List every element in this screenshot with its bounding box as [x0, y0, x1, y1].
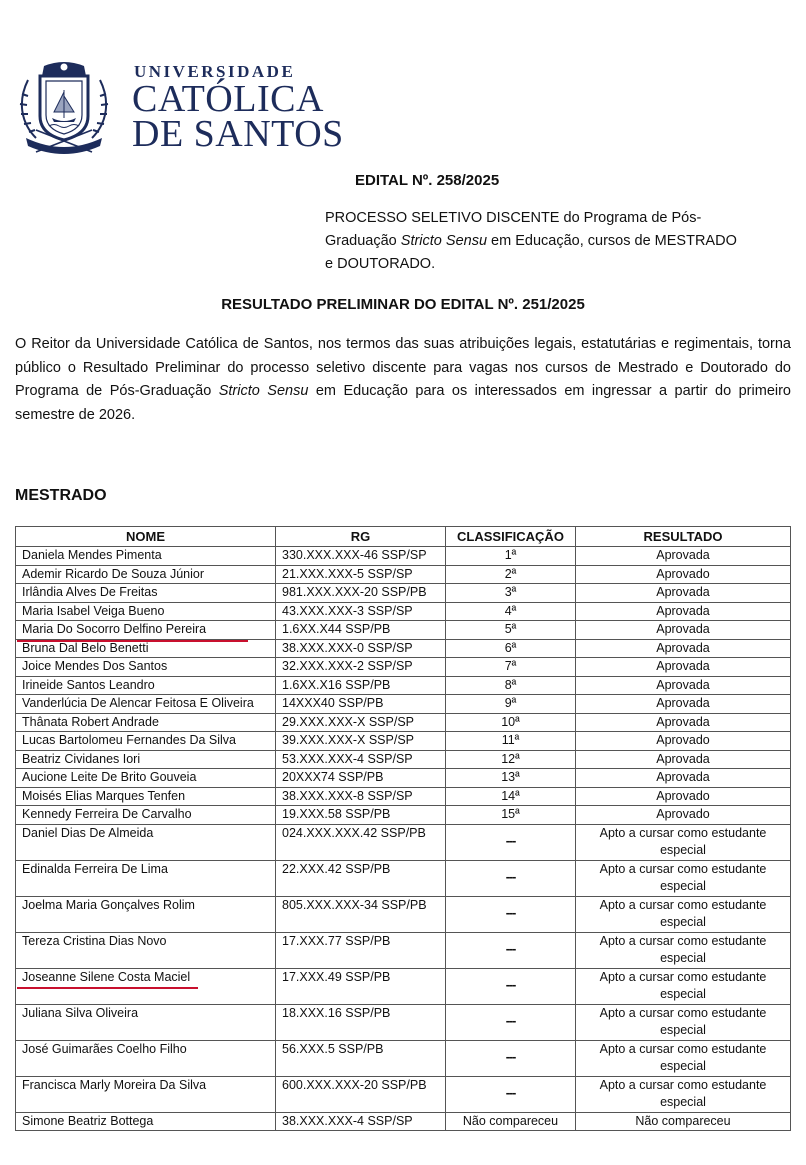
column-header-classificacao: CLASSIFICAÇÃO: [446, 527, 576, 547]
cell-rg: 53.XXX.XXX-4 SSP/SP: [276, 750, 446, 769]
cell-rg: 38.XXX.XXX-8 SSP/SP: [276, 787, 446, 806]
edital-title: EDITAL Nº. 258/2025: [355, 172, 499, 189]
cell-resultado: Aprovado: [576, 787, 791, 806]
table-row: Joice Mendes Dos Santos32.XXX.XXX-2 SSP/…: [16, 658, 791, 677]
table-row: Aucione Leite De Brito Gouveia20XXX74 SS…: [16, 769, 791, 788]
cell-resultado: Apto a cursar como estudante especial: [576, 1040, 791, 1076]
cell-nome: José Guimarães Coelho Filho: [16, 1040, 276, 1076]
cell-nome: Joseanne Silene Costa Maciel: [16, 968, 276, 1004]
table-row: Joseanne Silene Costa Maciel17.XXX.49 SS…: [16, 968, 791, 1004]
cell-rg: 22.XXX.42 SSP/PB: [276, 860, 446, 896]
cell-classificacao: 4ª: [446, 602, 576, 621]
cell-resultado: Aprovada: [576, 676, 791, 695]
section-title-mestrado: MESTRADO: [15, 487, 107, 505]
table-row: Joelma Maria Gonçalves Rolim805.XXX.XXX-…: [16, 896, 791, 932]
table-row: Daniel Dias De Almeida024.XXX.XXX.42 SSP…: [16, 824, 791, 860]
cell-nome: Aucione Leite De Brito Gouveia: [16, 769, 276, 788]
table-row: Edinalda Ferreira De Lima22.XXX.42 SSP/P…: [16, 860, 791, 896]
cell-resultado: Aprovada: [576, 584, 791, 603]
cell-classificacao: 1ª: [446, 547, 576, 566]
cell-rg: 21.XXX.XXX-5 SSP/SP: [276, 565, 446, 584]
table-row: Maria Isabel Veiga Bueno43.XXX.XXX-3 SSP…: [16, 602, 791, 621]
cell-rg: 38.XXX.XXX-4 SSP/SP: [276, 1112, 446, 1131]
results-table: NOME RG CLASSIFICAÇÃO RESULTADO Daniela …: [15, 526, 791, 1131]
cell-rg: 1.6XX.X16 SSP/PB: [276, 676, 446, 695]
cell-nome: Kennedy Ferreira De Carvalho: [16, 806, 276, 825]
cell-classificacao: 3ª: [446, 584, 576, 603]
cell-nome: Edinalda Ferreira De Lima: [16, 860, 276, 896]
edital-subtitle: PROCESSO SELETIVO DISCENTE do Programa d…: [325, 207, 745, 276]
cell-rg: 32.XXX.XXX-2 SSP/SP: [276, 658, 446, 677]
cell-classificacao: 6ª: [446, 639, 576, 658]
cell-resultado: Não compareceu: [576, 1112, 791, 1131]
cell-rg: 600.XXX.XXX-20 SSP/PB: [276, 1076, 446, 1112]
result-title: RESULTADO PRELIMINAR DO EDITAL Nº. 251/2…: [0, 296, 806, 313]
cell-nome: Irlândia Alves De Freitas: [16, 584, 276, 603]
highlighted-name: Joseanne Silene Costa Maciel: [22, 969, 190, 987]
cell-rg: 43.XXX.XXX-3 SSP/SP: [276, 602, 446, 621]
cell-nome: Joice Mendes Dos Santos: [16, 658, 276, 677]
cell-nome: Vanderlúcia De Alencar Feitosa E Oliveir…: [16, 695, 276, 714]
table-body: Daniela Mendes Pimenta330.XXX.XXX-46 SSP…: [16, 547, 791, 1131]
table-row: Irlândia Alves De Freitas981.XXX.XXX-20 …: [16, 584, 791, 603]
cell-classificacao: ---: [446, 1076, 576, 1112]
cell-nome: Simone Beatriz Bottega: [16, 1112, 276, 1131]
table-row: Francisca Marly Moreira Da Silva600.XXX.…: [16, 1076, 791, 1112]
cell-rg: 17.XXX.49 SSP/PB: [276, 968, 446, 1004]
cell-rg: 39.XXX.XXX-X SSP/SP: [276, 732, 446, 751]
highlighted-name: Maria Do Socorro Delfino Pereira: [22, 621, 206, 639]
cell-rg: 1.6XX.X44 SSP/PB: [276, 621, 446, 640]
cell-nome: Irineide Santos Leandro: [16, 676, 276, 695]
cell-rg: 20XXX74 SSP/PB: [276, 769, 446, 788]
cell-nome: Tereza Cristina Dias Novo: [16, 932, 276, 968]
column-header-resultado: RESULTADO: [576, 527, 791, 547]
column-header-nome: NOME: [16, 527, 276, 547]
cell-resultado: Apto a cursar como estudante especial: [576, 1004, 791, 1040]
table-row: Beatriz Cividanes Iori53.XXX.XXX-4 SSP/S…: [16, 750, 791, 769]
cell-nome: Beatriz Cividanes Iori: [16, 750, 276, 769]
cell-classificacao: 15ª: [446, 806, 576, 825]
table-row: Thânata Robert Andrade29.XXX.XXX-X SSP/S…: [16, 713, 791, 732]
table-row: Vanderlúcia De Alencar Feitosa E Oliveir…: [16, 695, 791, 714]
cell-classificacao: 14ª: [446, 787, 576, 806]
cell-classificacao: 13ª: [446, 769, 576, 788]
table-row: Maria Do Socorro Delfino Pereira1.6XX.X4…: [16, 621, 791, 640]
cell-resultado: Apto a cursar como estudante especial: [576, 968, 791, 1004]
cell-classificacao: ---: [446, 968, 576, 1004]
cell-rg: 330.XXX.XXX-46 SSP/SP: [276, 547, 446, 566]
cell-resultado: Apto a cursar como estudante especial: [576, 932, 791, 968]
cell-classificacao: 9ª: [446, 695, 576, 714]
cell-resultado: Apto a cursar como estudante especial: [576, 860, 791, 896]
cell-nome: Maria Isabel Veiga Bueno: [16, 602, 276, 621]
cell-classificacao: 7ª: [446, 658, 576, 677]
cell-nome: Joelma Maria Gonçalves Rolim: [16, 896, 276, 932]
cell-classificacao: 8ª: [446, 676, 576, 695]
cell-rg: 18.XXX.16 SSP/PB: [276, 1004, 446, 1040]
column-header-rg: RG: [276, 527, 446, 547]
cell-resultado: Aprovado: [576, 806, 791, 825]
cell-rg: 56.XXX.5 SSP/PB: [276, 1040, 446, 1076]
cell-nome: Daniel Dias De Almeida: [16, 824, 276, 860]
cell-nome: Maria Do Socorro Delfino Pereira: [16, 621, 276, 640]
cell-resultado: Aprovado: [576, 565, 791, 584]
cell-resultado: Aprovada: [576, 695, 791, 714]
table-row: Daniela Mendes Pimenta330.XXX.XXX-46 SSP…: [16, 547, 791, 566]
cell-resultado: Aprovado: [576, 732, 791, 751]
cell-rg: 805.XXX.XXX-34 SSP/PB: [276, 896, 446, 932]
subtitle-italic: Stricto Sensu: [401, 233, 487, 249]
cell-classificacao: 10ª: [446, 713, 576, 732]
cell-resultado: Apto a cursar como estudante especial: [576, 824, 791, 860]
cell-classificacao: ---: [446, 932, 576, 968]
cell-resultado: Apto a cursar como estudante especial: [576, 1076, 791, 1112]
cell-classificacao: 2ª: [446, 565, 576, 584]
cell-rg: 38.XXX.XXX-0 SSP/SP: [276, 639, 446, 658]
intro-italic: Stricto Sensu: [219, 383, 309, 399]
table-row: Tereza Cristina Dias Novo17.XXX.77 SSP/P…: [16, 932, 791, 968]
cell-nome: Moisés Elias Marques Tenfen: [16, 787, 276, 806]
logo-line-3: DE SANTOS: [132, 115, 344, 153]
university-logo: UNIVERSIDADE CATÓLICA DE SANTOS: [14, 60, 344, 155]
cell-rg: 14XXX40 SSP/PB: [276, 695, 446, 714]
cell-classificacao: ---: [446, 824, 576, 860]
cell-classificacao: ---: [446, 1040, 576, 1076]
table-row: Irineide Santos Leandro1.6XX.X16 SSP/PB8…: [16, 676, 791, 695]
cell-nome: Francisca Marly Moreira Da Silva: [16, 1076, 276, 1112]
cell-classificacao: ---: [446, 860, 576, 896]
cell-classificacao: ---: [446, 896, 576, 932]
cell-resultado: Aprovada: [576, 621, 791, 640]
cell-resultado: Aprovada: [576, 547, 791, 566]
table-row: Simone Beatriz Bottega38.XXX.XXX-4 SSP/S…: [16, 1112, 791, 1131]
table-header-row: NOME RG CLASSIFICAÇÃO RESULTADO: [16, 527, 791, 547]
cell-rg: 024.XXX.XXX.42 SSP/PB: [276, 824, 446, 860]
university-seal-icon: [14, 60, 114, 155]
cell-nome: Lucas Bartolomeu Fernandes Da Silva: [16, 732, 276, 751]
cell-resultado: Aprovada: [576, 769, 791, 788]
table-row: Kennedy Ferreira De Carvalho19.XXX.58 SS…: [16, 806, 791, 825]
cell-rg: 29.XXX.XXX-X SSP/SP: [276, 713, 446, 732]
cell-classificacao: Não compareceu: [446, 1112, 576, 1131]
cell-rg: 19.XXX.58 SSP/PB: [276, 806, 446, 825]
cell-nome: Daniela Mendes Pimenta: [16, 547, 276, 566]
table-row: José Guimarães Coelho Filho56.XXX.5 SSP/…: [16, 1040, 791, 1076]
cell-classificacao: 5ª: [446, 621, 576, 640]
cell-nome: Thânata Robert Andrade: [16, 713, 276, 732]
table-row: Moisés Elias Marques Tenfen38.XXX.XXX-8 …: [16, 787, 791, 806]
table-row: Ademir Ricardo De Souza Júnior21.XXX.XXX…: [16, 565, 791, 584]
cell-resultado: Aprovada: [576, 639, 791, 658]
cell-rg: 981.XXX.XXX-20 SSP/PB: [276, 584, 446, 603]
cell-rg: 17.XXX.77 SSP/PB: [276, 932, 446, 968]
intro-paragraph: O Reitor da Universidade Católica de San…: [15, 333, 791, 427]
cell-classificacao: 11ª: [446, 732, 576, 751]
cell-classificacao: 12ª: [446, 750, 576, 769]
cell-nome: Bruna Dal Belo Benetti: [16, 639, 276, 658]
cell-nome: Ademir Ricardo De Souza Júnior: [16, 565, 276, 584]
cell-resultado: Aprovada: [576, 602, 791, 621]
cell-resultado: Apto a cursar como estudante especial: [576, 896, 791, 932]
table-row: Bruna Dal Belo Benetti38.XXX.XXX-0 SSP/S…: [16, 639, 791, 658]
cell-classificacao: ---: [446, 1004, 576, 1040]
cell-resultado: Aprovada: [576, 713, 791, 732]
cell-resultado: Aprovada: [576, 750, 791, 769]
cell-nome: Juliana Silva Oliveira: [16, 1004, 276, 1040]
cell-resultado: Aprovada: [576, 658, 791, 677]
table-row: Lucas Bartolomeu Fernandes Da Silva39.XX…: [16, 732, 791, 751]
table-row: Juliana Silva Oliveira18.XXX.16 SSP/PB--…: [16, 1004, 791, 1040]
